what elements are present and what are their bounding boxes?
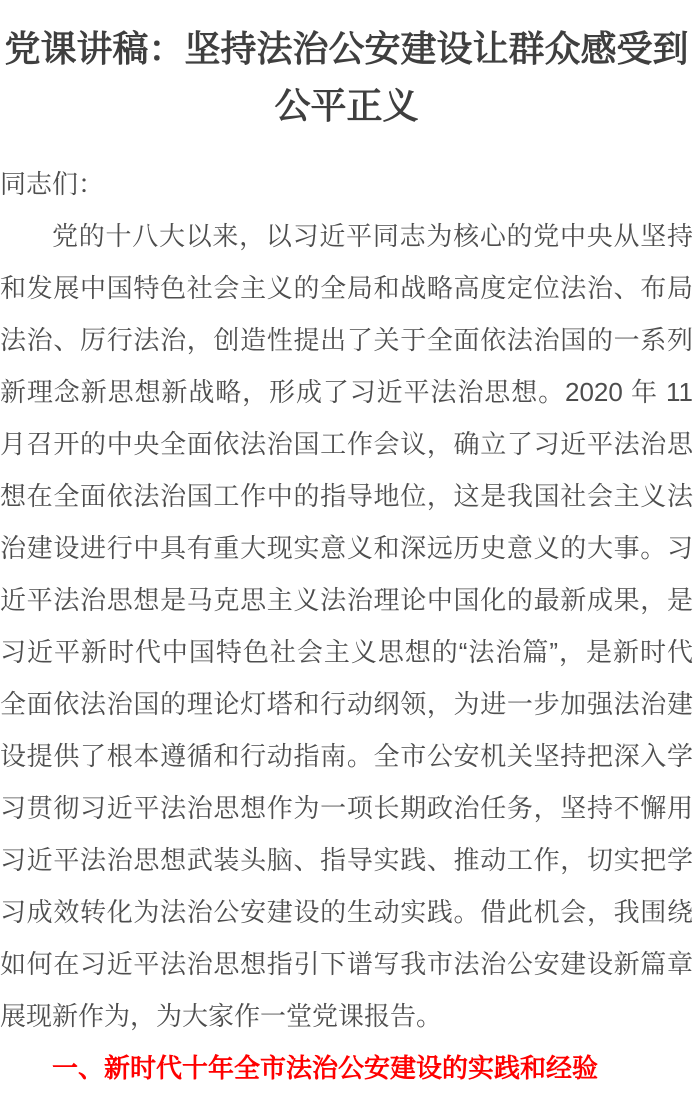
document-page: 党课讲稿：坚持法治公安建设让群众感受到公平正义 同志们： 党的十八大以来，以习近… <box>0 0 693 1097</box>
intro-paragraph: 党的十八大以来，以习近平同志为核心的党中央从坚持和发展中国特色社会主义的全局和战… <box>0 210 693 1042</box>
salutation-line: 同志们： <box>0 158 693 210</box>
section-heading-1: 一、新时代十年全市法治公安建设的实践和经验 <box>0 1042 693 1095</box>
document-title: 党课讲稿：坚持法治公安建设让群众感受到公平正义 <box>0 20 693 134</box>
